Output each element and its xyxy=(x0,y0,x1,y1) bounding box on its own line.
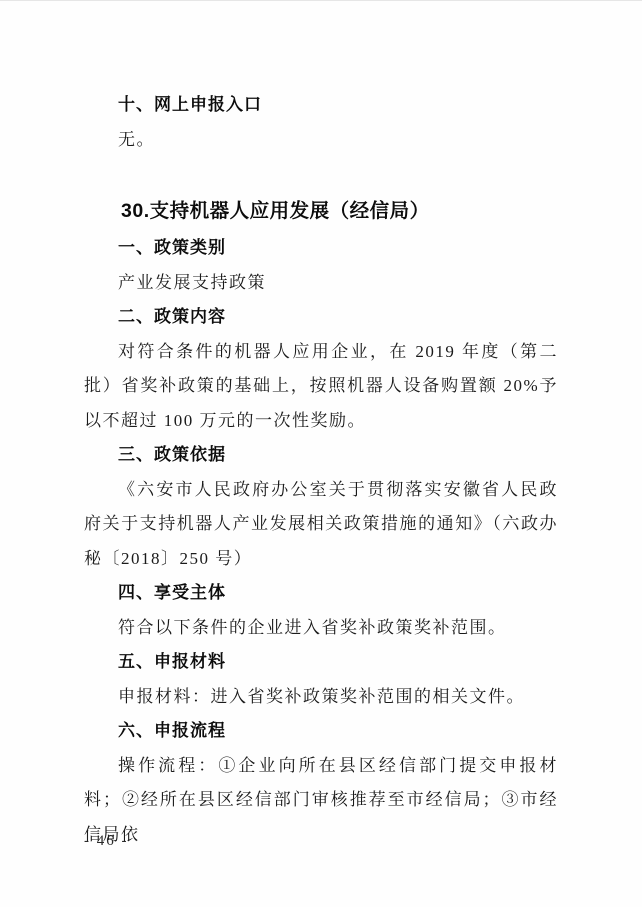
section-heading-online-entry: 十、网上申报入口 xyxy=(84,88,558,123)
section-heading-application-process: 六、申报流程 xyxy=(84,714,558,749)
document-page: 十、网上申报入口 无。 30.支持机器人应用发展（经信局） 一、政策类别 产业发… xyxy=(0,0,642,907)
paragraph-policy-content: 对符合条件的机器人应用企业，在 2019 年度（第二批）省奖补政策的基础上，按照… xyxy=(84,335,558,439)
section-heading-policy-content: 二、政策内容 xyxy=(84,300,558,335)
policy-title: 30.支持机器人应用发展（经信局） xyxy=(84,191,558,231)
paragraph-policy-basis: 《六安市人民政府办公室关于贯彻落实安徽省人民政府关于支持机器人产业发展相关政策措… xyxy=(84,473,558,577)
page-number: - 46 - xyxy=(84,833,129,849)
paragraph-beneficiary: 符合以下条件的企业进入省奖补政策奖补范围。 xyxy=(84,611,558,646)
section-heading-application-materials: 五、申报材料 xyxy=(84,645,558,680)
section-heading-policy-basis: 三、政策依据 xyxy=(84,438,558,473)
section-heading-beneficiary: 四、享受主体 xyxy=(84,576,558,611)
paragraph-application-process: 操作流程：①企业向所在县区经信部门提交申报材料；②经所在县区经信部门审核推荐至市… xyxy=(84,749,558,853)
document-content: 十、网上申报入口 无。 30.支持机器人应用发展（经信局） 一、政策类别 产业发… xyxy=(84,88,558,852)
paragraph-policy-category: 产业发展支持政策 xyxy=(84,266,558,301)
section-heading-policy-category: 一、政策类别 xyxy=(84,231,558,266)
paragraph-application-materials: 申报材料：进入省奖补政策奖补范围的相关文件。 xyxy=(84,680,558,715)
paragraph-online-entry: 无。 xyxy=(84,123,558,158)
